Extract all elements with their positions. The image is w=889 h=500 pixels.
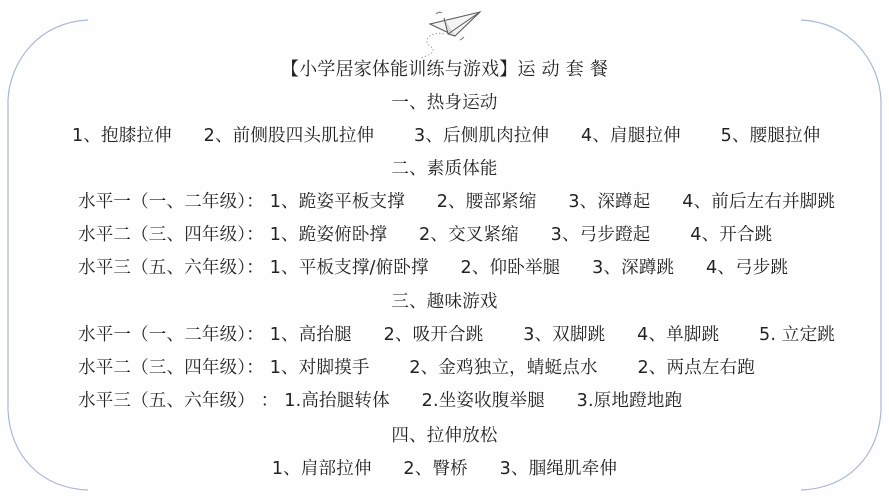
list-item: 2、交叉紧缩 [419,223,519,247]
level-label: 水平三（五、六年级） ： [78,389,278,413]
list-item: 1、肩部拉伸 [272,457,372,481]
list-item: 4、开合跳 [690,223,772,247]
list-item: 2、前侧股四头肌拉伸 [204,124,375,148]
section-heading-cooldown: 四、拉伸放松 [0,424,889,448]
games-level-3: 水平三（五、六年级） ： 1.高抬腿转体 2.坐姿收腹举腿 3.原地蹬地跑 [78,389,682,413]
section-heading-fitness: 二、素质体能 [0,157,889,181]
list-item: 5、腰腿拉伸 [721,124,821,148]
list-item: 1、平板支撑/俯卧撑 [270,256,429,280]
list-item: 2、两点左右跑 [637,356,755,380]
list-item: 2、吸开合跳 [384,323,484,347]
list-item: 3、后侧肌肉拉伸 [414,124,549,148]
fitness-level-1: 水平一（一、二年级）： 1、跪姿平板支撑 2、腰部紧缩 3、深蹲起 4、前后左右… [78,190,835,214]
level-label: 水平一（一、二年级）： [78,323,264,347]
list-item: 3、弓步蹬起 [551,223,651,247]
list-item: 3、深蹲起 [568,190,650,214]
cooldown-list: 1、肩部拉伸 2、臀桥 3、腘绳肌牵伸 [0,457,889,481]
games-level-1: 水平一（一、二年级）： 1、高抬腿 2、吸开合跳 3、双脚跳 4、单脚跳 5. … [78,323,835,347]
page-title: 【小学居家体能训练与游戏】运 动 套 餐 [0,58,889,82]
list-item: 2、仰卧举腿 [461,256,561,280]
level-label: 水平一（一、二年级）： [78,190,264,214]
list-item: 4、单脚跳 [637,323,719,347]
section-heading-games: 三、趣味游戏 [0,290,889,314]
list-item: 4、弓步跳 [706,256,788,280]
list-item: 1、跪姿俯卧撑 [270,223,388,247]
list-item: 1.高抬腿转体 [284,389,390,413]
list-item: 2、金鸡独立，蜻蜓点水 [409,356,597,380]
list-item: 3、腘绳肌牵伸 [500,457,618,481]
list-item: 3.原地蹬地跑 [577,389,683,413]
list-item: 2.坐姿收腹举腿 [422,389,545,413]
list-item: 1、高抬腿 [270,323,352,347]
list-item: 3、双脚跳 [523,323,605,347]
list-item: 3、深蹲跳 [592,256,674,280]
list-item: 1、对脚摸手 [270,356,370,380]
games-level-2: 水平二（三、四年级）： 1、对脚摸手 2、金鸡独立，蜻蜓点水 2、两点左右跑 [78,356,755,380]
list-item: 2、臀桥 [403,457,467,481]
warmup-list: 1、抱膝拉伸 2、前侧股四头肌拉伸 3、后侧肌肉拉伸 4、肩腿拉伸 5、腰腿拉伸 [72,124,820,148]
fitness-level-2: 水平二（三、四年级）： 1、跪姿俯卧撑 2、交叉紧缩 3、弓步蹬起 4、开合跳 [78,223,772,247]
list-item: 5. 立定跳 [759,323,835,347]
level-label: 水平二（三、四年级）： [78,356,264,380]
list-item: 4、前后左右并脚跳 [682,190,835,214]
paper-plane-icon [400,4,490,60]
list-item: 1、跪姿平板支撑 [270,190,405,214]
list-item: 4、肩腿拉伸 [581,124,681,148]
section-heading-warmup: 一、热身运动 [0,91,889,115]
fitness-level-3: 水平三（五、六年级）： 1、平板支撑/俯卧撑 2、仰卧举腿 3、深蹲跳 4、弓步… [78,256,788,280]
list-item: 2、腰部紧缩 [437,190,537,214]
level-label: 水平三（五、六年级）： [78,256,264,280]
list-item: 1、抱膝拉伸 [72,124,172,148]
level-label: 水平二（三、四年级）： [78,223,264,247]
